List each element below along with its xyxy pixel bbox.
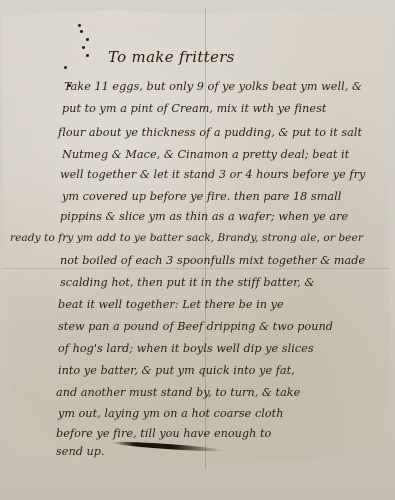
text-line-5: well together & let it stand 3 or 4 hour… (60, 168, 365, 181)
ink-dot (86, 38, 89, 41)
text-line-11: beat it well together: Let there be in y… (58, 298, 284, 311)
ink-dot (80, 30, 83, 33)
text-line-10: scalding hot, then put it in the stiff b… (60, 276, 315, 289)
ink-dot (86, 54, 89, 57)
ink-dot (78, 24, 81, 27)
ink-dot (64, 66, 67, 69)
text-line-3: flour about ye thickness of a pudding, &… (58, 126, 362, 139)
horizontal-fold-line (2, 268, 390, 269)
recipe-title: To make fritters (108, 48, 235, 66)
text-line-2: put to ym a pint of Cream, mix it wth ye… (62, 102, 326, 115)
text-line-13: of hog's lard; when it boyls well dip ye… (58, 342, 314, 355)
text-line-1: Take 11 eggs, but only 9 of ye yolks bea… (64, 80, 362, 93)
text-line-7: pippins & slice ym as thin as a wafer; w… (60, 210, 348, 223)
text-line-17: before ye fire, till you have enough to (56, 427, 271, 440)
text-line-4: Nutmeg & Mace, & Cinamon a pretty deal; … (62, 148, 349, 161)
text-line-12: stew pan a pound of Beef dripping & two … (58, 320, 333, 333)
text-line-14: into ye batter, & put ym quick into ye f… (58, 364, 295, 377)
text-line-8: ready to fry ym add to ye batter sack, B… (10, 232, 363, 244)
ink-dot (82, 46, 85, 49)
text-line-16: ym out, laying ym on a hot coarse cloth (58, 407, 283, 420)
text-line-9: not boiled of each 3 spoonfulls mixt tog… (60, 254, 365, 267)
text-line-18: send up. (56, 445, 105, 458)
text-line-15: and another must stand by, to turn, & ta… (56, 386, 300, 399)
text-line-6: ym covered up before ye fire. then pare … (62, 190, 341, 203)
